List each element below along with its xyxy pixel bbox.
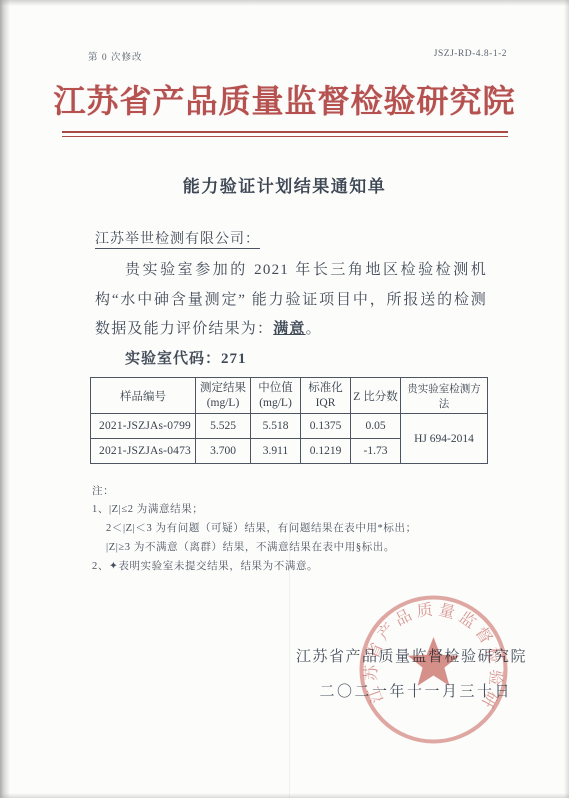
document-title: 能力验证计划结果通知单 [0,172,569,197]
body-paragraph: 贵实验室参加的 2021 年长三角地区检验检测机构“水中砷含量测定” 能力验证项… [95,256,487,345]
cell-median: 3.911 [251,439,301,464]
cell-median: 5.518 [251,414,301,439]
cell-z-score: -1.73 [351,439,401,464]
col-header-niqr: 标准化 IQR [301,378,351,414]
table-row: 2021-JSZJAs-0799 5.525 5.518 0.1375 0.05… [91,414,488,439]
scan-edge-bottom [0,793,569,798]
lab-code-line: 实验室代码：271 [125,347,247,368]
recipient-name: 江苏举世检测有限公司： [95,232,260,249]
note-line-2: 2＜|Z|＜3 为有问题（可疑）结果，有问题结果在表中用*标出； [106,520,417,535]
col-header-niqr-line1: 标准化 [303,381,348,395]
cell-sample-id: 2021-JSZJAs-0473 [91,439,196,464]
col-header-measured-result-line2: (mg/L) [198,396,248,410]
paragraph-period: 。 [306,321,322,337]
cell-z-score: 0.05 [351,414,401,439]
organization-title: 江苏省产品质量监督检验研究院 [0,76,569,122]
signature-organization: 江苏省产品质量监督检验研究院 [296,645,527,666]
recipient-line: 江苏举世检测有限公司： [95,228,260,248]
col-header-z-score: Z 比分数 [351,378,401,414]
notes-heading: 注： [92,483,114,498]
evaluation-result: 满意 [273,321,305,337]
col-header-sample-id: 样品编号 [91,378,196,414]
col-header-measured-result: 测定结果 (mg/L) [196,378,251,414]
cell-niqr: 0.1219 [301,439,351,464]
scanned-document-page: 第 0 次修改 JSZJ-RD-4.8-1-2 江苏省产品质量监督检验研究院 能… [0,0,569,798]
col-header-niqr-line2: IQR [303,396,348,410]
col-header-median: 中位值 (mg/L) [251,378,301,414]
col-header-measured-result-line1: 测定结果 [198,381,248,395]
cell-measured-result: 5.525 [196,414,251,439]
revision-label: 第 0 次修改 [88,49,143,63]
cell-niqr: 0.1375 [301,414,351,439]
cell-method: HJ 694-2014 [401,414,488,464]
note-line-4: 2、✦表明实验室未提交结果，结果为不满意。 [92,558,318,573]
table-header-row: 样品编号 测定结果 (mg/L) 中位值 (mg/L) 标准化 IQR Z 比分… [91,378,488,414]
official-red-seal: 江苏省产品质量监督检验研究院 [356,592,511,747]
results-table: 样品编号 测定结果 (mg/L) 中位值 (mg/L) 标准化 IQR Z 比分… [90,377,488,464]
col-header-median-line2: (mg/L) [253,396,298,410]
cell-measured-result: 3.700 [196,439,251,464]
note-line-3: |Z|≥3 为不满意（离群）结果，不满意结果在表中用§标出。 [106,539,395,554]
col-header-median-line1: 中位值 [253,381,298,395]
cell-sample-id: 2021-JSZJAs-0799 [91,414,196,439]
col-header-method: 贵实验室检测方法 [401,378,488,414]
header-double-rule [62,131,508,137]
signature-date: 二〇二一年十一月三十日 [319,680,512,701]
scan-edge-top [0,0,569,6]
document-code: JSZJ-RD-4.8-1-2 [434,49,507,59]
note-line-1: 1、|Z|≤2 为满意结果； [92,501,203,516]
